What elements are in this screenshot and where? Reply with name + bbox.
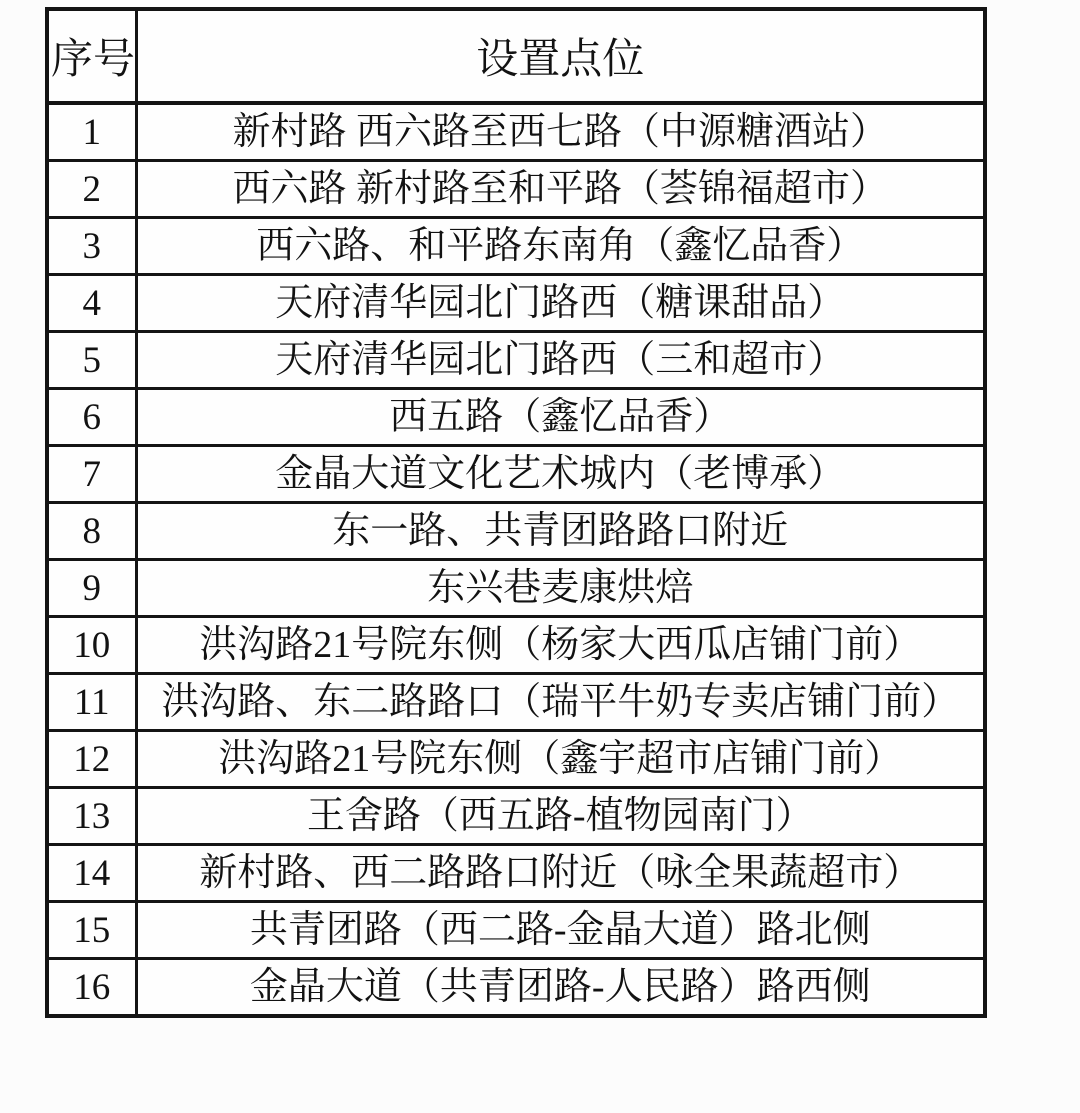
serial-cell: 3 [47, 218, 136, 275]
table-row: 13 王舍路（西五路-植物园南门） [47, 788, 985, 845]
location-cell: 王舍路（西五路-植物园南门） [136, 788, 985, 845]
serial-cell: 8 [47, 503, 136, 560]
serial-cell: 1 [47, 103, 136, 161]
serial-cell: 5 [47, 332, 136, 389]
location-cell: 西六路、和平路东南角（鑫忆品香） [136, 218, 985, 275]
location-cell: 洪沟路21号院东侧（鑫宇超市店铺门前） [136, 731, 985, 788]
serial-cell: 2 [47, 161, 136, 218]
header-row: 序号 设置点位 [47, 9, 985, 103]
col-header-serial: 序号 [47, 9, 136, 103]
table-row: 4 天府清华园北门路西（糖课甜品） [47, 275, 985, 332]
location-cell: 洪沟路、东二路路口（瑞平牛奶专卖店铺门前） [136, 674, 985, 731]
serial-cell: 4 [47, 275, 136, 332]
table-row: 10 洪沟路21号院东侧（杨家大西瓜店铺门前） [47, 617, 985, 674]
setup-points-table: 序号 设置点位 1 新村路 西六路至西七路（中源糖酒站） 2 西六路 新村路至和… [45, 7, 987, 1018]
table-row: 5 天府清华园北门路西（三和超市） [47, 332, 985, 389]
location-cell: 天府清华园北门路西（糖课甜品） [136, 275, 985, 332]
location-cell: 东兴巷麦康烘焙 [136, 560, 985, 617]
col-header-location: 设置点位 [136, 9, 985, 103]
table-row: 12 洪沟路21号院东侧（鑫宇超市店铺门前） [47, 731, 985, 788]
location-cell: 西五路（鑫忆品香） [136, 389, 985, 446]
table-body: 1 新村路 西六路至西七路（中源糖酒站） 2 西六路 新村路至和平路（荟锦福超市… [47, 103, 985, 1016]
location-cell: 金晶大道文化艺术城内（老博承） [136, 446, 985, 503]
table-row: 16 金晶大道（共青团路-人民路）路西侧 [47, 959, 985, 1017]
serial-cell: 16 [47, 959, 136, 1017]
table-row: 8 东一路、共青团路路口附近 [47, 503, 985, 560]
table-row: 1 新村路 西六路至西七路（中源糖酒站） [47, 103, 985, 161]
serial-cell: 6 [47, 389, 136, 446]
serial-cell: 10 [47, 617, 136, 674]
serial-cell: 7 [47, 446, 136, 503]
location-cell: 西六路 新村路至和平路（荟锦福超市） [136, 161, 985, 218]
serial-cell: 12 [47, 731, 136, 788]
location-cell: 金晶大道（共青团路-人民路）路西侧 [136, 959, 985, 1017]
table-row: 11 洪沟路、东二路路口（瑞平牛奶专卖店铺门前） [47, 674, 985, 731]
table-row: 6 西五路（鑫忆品香） [47, 389, 985, 446]
table-row: 15 共青团路（西二路-金晶大道）路北侧 [47, 902, 985, 959]
serial-cell: 13 [47, 788, 136, 845]
serial-cell: 14 [47, 845, 136, 902]
location-cell: 东一路、共青团路路口附近 [136, 503, 985, 560]
location-cell: 洪沟路21号院东侧（杨家大西瓜店铺门前） [136, 617, 985, 674]
table-row: 14 新村路、西二路路口附近（咏全果蔬超市） [47, 845, 985, 902]
location-cell: 新村路、西二路路口附近（咏全果蔬超市） [136, 845, 985, 902]
location-cell: 共青团路（西二路-金晶大道）路北侧 [136, 902, 985, 959]
table-row: 3 西六路、和平路东南角（鑫忆品香） [47, 218, 985, 275]
location-cell: 天府清华园北门路西（三和超市） [136, 332, 985, 389]
table-header: 序号 设置点位 [47, 9, 985, 103]
table-row: 2 西六路 新村路至和平路（荟锦福超市） [47, 161, 985, 218]
setup-points-table-container: 序号 设置点位 1 新村路 西六路至西七路（中源糖酒站） 2 西六路 新村路至和… [45, 7, 987, 1018]
serial-cell: 9 [47, 560, 136, 617]
table-row: 7 金晶大道文化艺术城内（老博承） [47, 446, 985, 503]
serial-cell: 15 [47, 902, 136, 959]
location-cell: 新村路 西六路至西七路（中源糖酒站） [136, 103, 985, 161]
serial-cell: 11 [47, 674, 136, 731]
table-row: 9 东兴巷麦康烘焙 [47, 560, 985, 617]
